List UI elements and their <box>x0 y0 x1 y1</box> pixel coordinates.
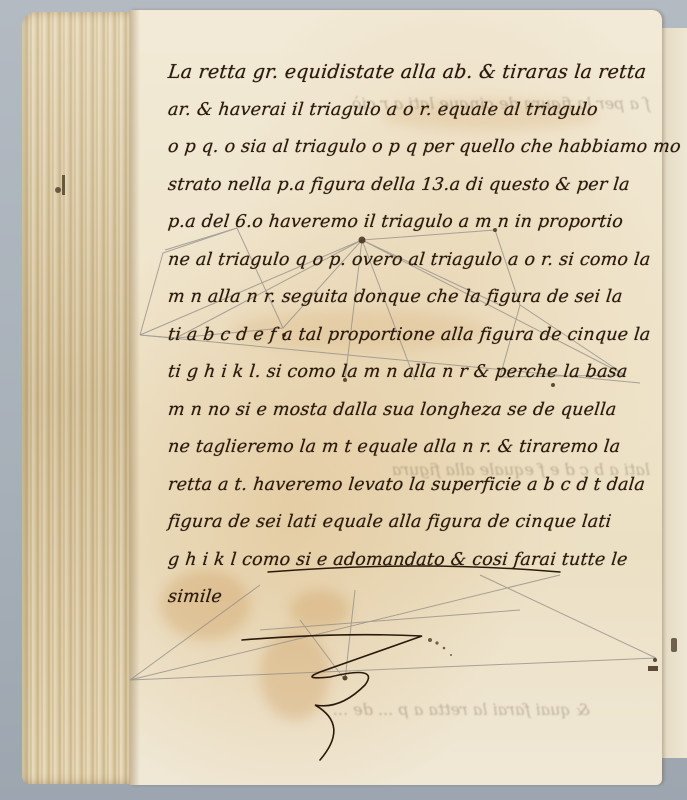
ink-mark <box>671 638 677 652</box>
manuscript-line: p.a del 6.o haveremo il triagulo a m n i… <box>166 204 660 242</box>
manuscript-line: ti a b c d e f a tal proportione alla fi… <box>166 317 660 355</box>
manuscript-line: strato nella p.a figura della 13.a di qu… <box>166 167 660 205</box>
show-through-text: & quai farai la retta a p ... de ... <box>230 700 590 719</box>
manuscript-line: ne taglieremo la m t equale alla n r. & … <box>166 429 660 467</box>
page-gutter-shadow <box>130 10 140 785</box>
manuscript-line: La retta gr. equidistate alla ab. & tira… <box>166 54 660 92</box>
book-page-edges <box>22 12 134 784</box>
manuscript-line: simile <box>166 579 660 617</box>
manuscript-line: ar. & haverai il triagulo a o r. equale … <box>166 92 660 130</box>
manuscript-line: g h i k l como si e adomandato & cosi fa… <box>166 542 660 580</box>
manuscript-line: ne al triagulo q o p. overo al triagulo … <box>166 242 660 280</box>
manuscript-line: ti g h i k l. si como la m n alla n r & … <box>166 354 660 392</box>
manuscript-text: La retta gr. equidistate alla ab. & tira… <box>168 54 658 617</box>
manuscript-line: m n no si e mosta dalla sua longheza se … <box>166 392 660 430</box>
manuscript-line: m n alla n r. seguita donque che la figu… <box>166 279 660 317</box>
manuscript-line: o p q. o sia al triagulo o p q per quell… <box>166 129 660 167</box>
manuscript-line: retta a t. haveremo levato la superficie… <box>166 467 660 505</box>
manuscript-line: figura de sei lati equale alla figura de… <box>166 504 660 542</box>
